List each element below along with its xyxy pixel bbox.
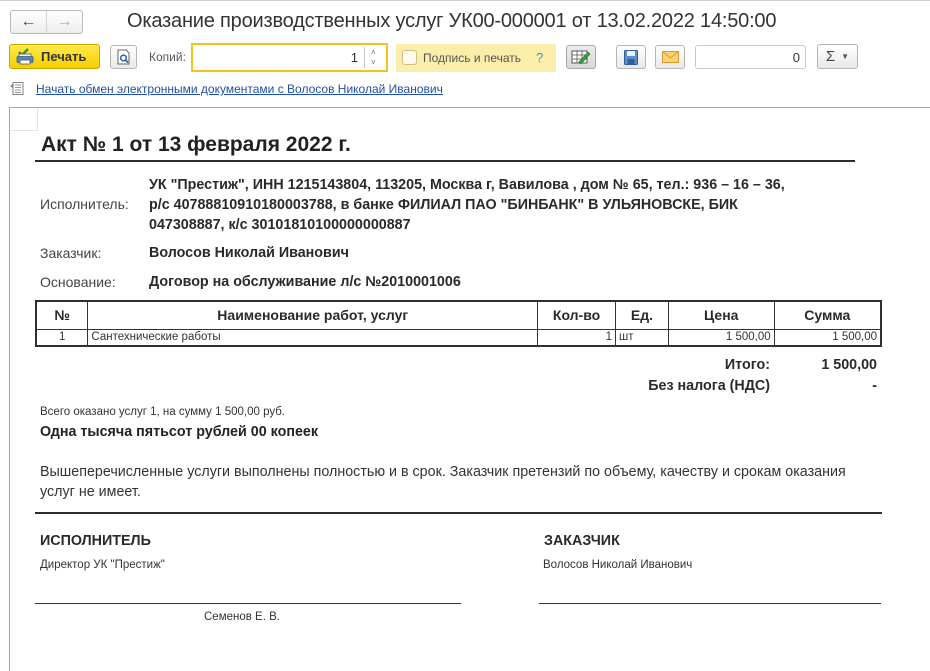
cell-unit: шт: [615, 329, 668, 346]
stepper-down-icon[interactable]: ˅: [371, 59, 376, 67]
executor-line: УК "Престиж", ИНН 1215143804, 113205, Мо…: [149, 175, 785, 195]
customer-value: Волосов Николай Иванович: [149, 243, 349, 263]
cell-price: 1 500,00: [668, 329, 774, 346]
act-title: Акт № 1 от 13 февраля 2022 г.: [41, 133, 351, 157]
sign-and-print-option: Подпись и печать ?: [396, 44, 556, 72]
executor-details: УК "Престиж", ИНН 1215143804, 113205, Мо…: [149, 175, 785, 235]
copies-input[interactable]: 1 ˄ ˅: [191, 43, 388, 72]
print-button[interactable]: Печать: [9, 44, 100, 69]
customer-position: Волосов Николай Иванович: [543, 559, 692, 571]
save-button[interactable]: [616, 45, 646, 69]
back-button[interactable]: ←: [11, 11, 46, 33]
cell-sum: 1 500,00: [774, 329, 881, 346]
copies-label: Копий:: [149, 50, 186, 64]
printer-icon: [16, 48, 34, 65]
vat-value: -: [872, 378, 877, 394]
table-row: 1 Сантехнические работы 1 шт 1 500,00 1 …: [36, 329, 881, 346]
executor-signature-heading: ИСПОЛНИТЕЛЬ: [40, 533, 151, 549]
table-edit-icon: [571, 49, 591, 65]
table-header-row: № Наименование работ, услуг Кол-во Ед. Ц…: [36, 301, 881, 329]
col-header-number: №: [36, 301, 88, 329]
basis-value: Договор на обслуживание л/с №2010001006: [149, 272, 461, 292]
arrow-left-icon: ←: [21, 13, 37, 31]
col-header-price: Цена: [668, 301, 774, 329]
print-label: Печать: [41, 49, 86, 64]
total-label: Итого:: [725, 357, 770, 373]
executor-name: Семенов Е. В.: [204, 611, 280, 623]
send-email-button[interactable]: [655, 45, 685, 69]
customer-signature-heading: ЗАКАЗЧИК: [544, 533, 620, 549]
forward-button[interactable]: →: [46, 11, 82, 33]
edit-document-button[interactable]: [566, 45, 596, 69]
preview-button[interactable]: [110, 45, 137, 69]
amount-in-words: Одна тысяча пятьсот рублей 00 копеек: [40, 424, 318, 440]
executor-signature-line: [35, 603, 461, 604]
navigation-buttons: ← →: [10, 10, 83, 34]
sign-and-print-label[interactable]: Подпись и печать: [423, 51, 521, 65]
basis-label: Основание:: [40, 274, 116, 290]
sign-and-print-checkbox[interactable]: [402, 50, 417, 65]
col-header-unit: Ед.: [615, 301, 668, 329]
document-corner: [10, 108, 38, 131]
completion-statement: Вышеперечисленные услуги выполнены полно…: [40, 462, 870, 502]
cell-qty: 1: [538, 329, 616, 346]
executor-line: р/с 40788810910180003788, в банке ФИЛИАЛ…: [149, 195, 785, 215]
services-table: № Наименование работ, услуг Кол-во Ед. Ц…: [35, 300, 882, 347]
vat-label: Без налога (НДС): [648, 378, 770, 394]
start-edo-link[interactable]: Начать обмен электронными документами с …: [36, 82, 443, 96]
window-top-border: [0, 0, 930, 1]
document-exchange-icon: [10, 82, 24, 95]
floppy-disk-icon: [624, 50, 638, 65]
cell-number: 1: [36, 329, 88, 346]
sum-mode-button[interactable]: Σ ▼: [817, 44, 858, 69]
total-value: 1 500,00: [821, 357, 877, 373]
col-header-name: Наименование работ, услуг: [88, 301, 538, 329]
copies-value: 1: [351, 50, 358, 65]
preview-icon: [117, 49, 131, 65]
customer-label: Заказчик:: [40, 245, 101, 261]
stepper-up-icon[interactable]: ˄: [371, 49, 376, 57]
col-header-sum: Сумма: [774, 301, 881, 329]
col-header-qty: Кол-во: [538, 301, 616, 329]
arrow-right-icon: →: [57, 13, 73, 31]
copies-stepper[interactable]: ˄ ˅: [364, 47, 382, 68]
signature-divider: [35, 512, 882, 514]
executor-line: 047308887, к/с 30101810100000000887: [149, 215, 785, 235]
executor-position: Директор УК "Престиж": [40, 559, 165, 571]
services-summary: Всего оказано услуг 1, на сумму 1 500,00…: [40, 406, 285, 418]
help-icon[interactable]: ?: [536, 50, 543, 65]
executor-label: Исполнитель:: [40, 196, 129, 212]
customer-signature-line: [539, 603, 881, 604]
cell-name: Сантехнические работы: [88, 329, 538, 346]
sum-value: 0: [793, 50, 800, 65]
chevron-down-icon: ▼: [841, 52, 849, 61]
window-title: Оказание производственных услуг УК00-000…: [127, 10, 776, 33]
sigma-icon: Σ: [826, 48, 835, 65]
title-divider: [35, 160, 855, 162]
envelope-icon: [662, 51, 679, 63]
sum-field[interactable]: 0: [695, 45, 806, 69]
